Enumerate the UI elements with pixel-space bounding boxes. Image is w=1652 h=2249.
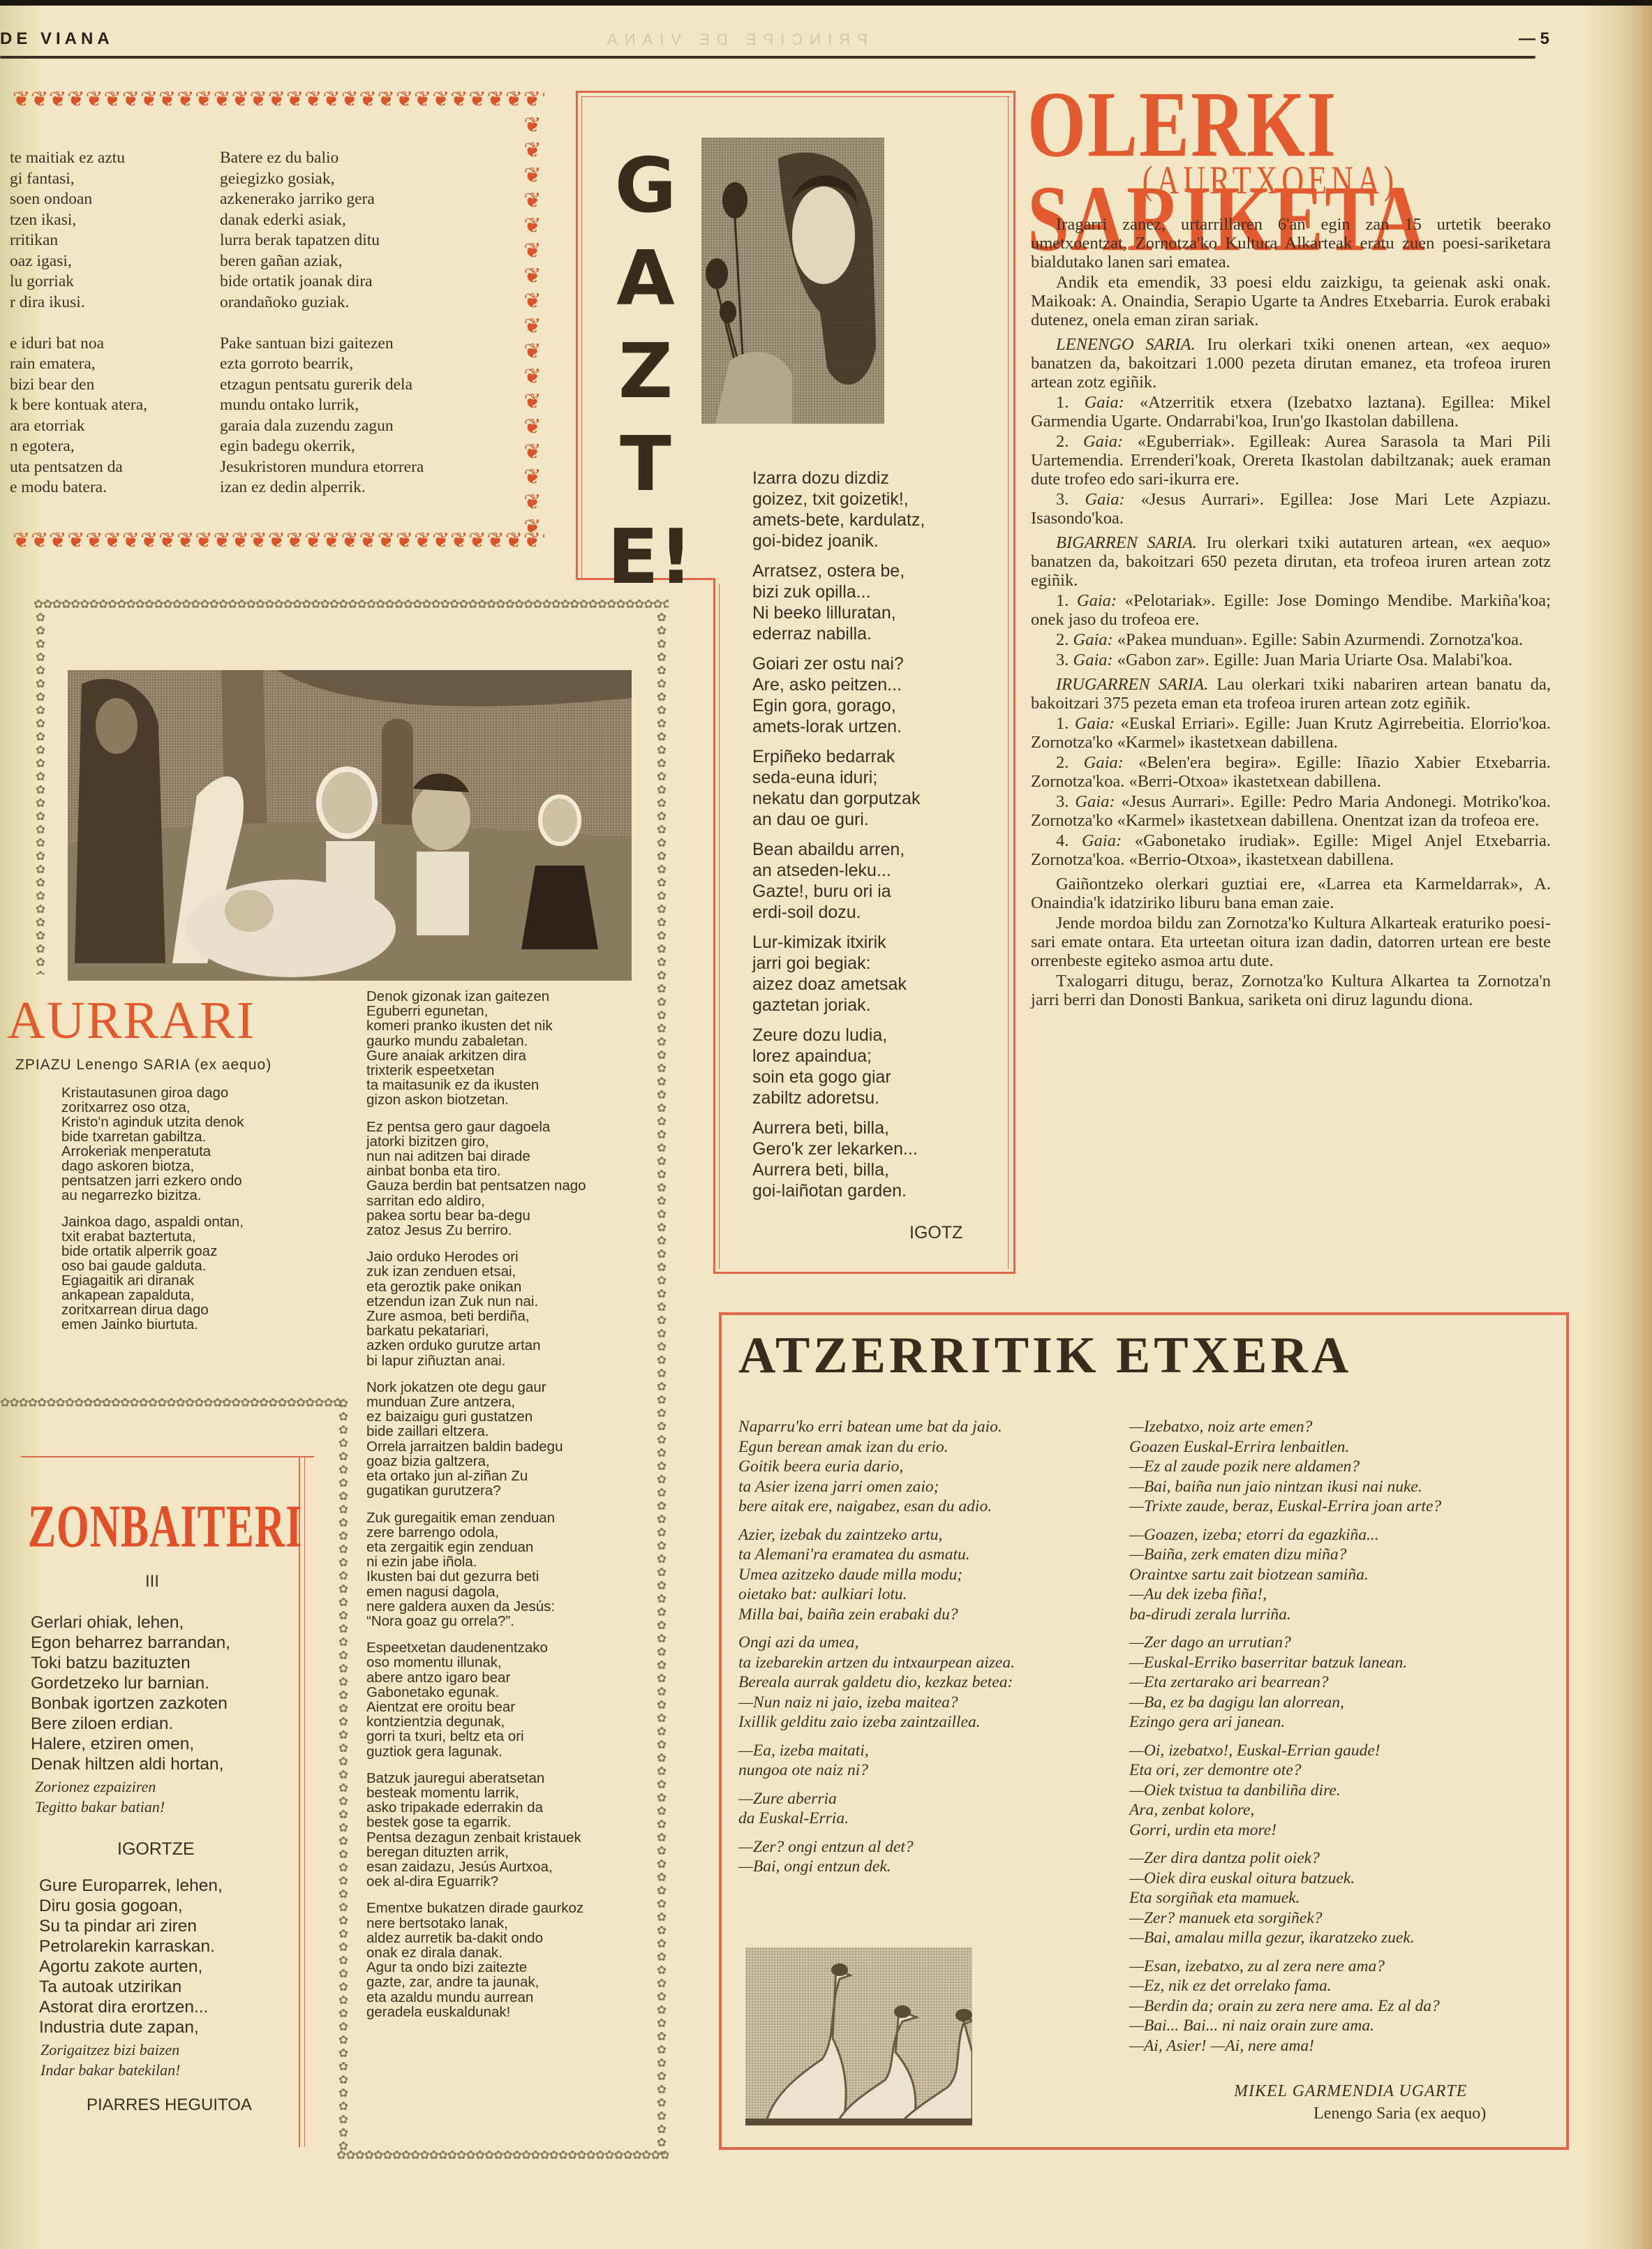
stanza: Denok gizonak izan gaitezen Eguberri egu… [366,989,586,1108]
flower-ornament-icon: ✿✿✿✿✿✿✿✿✿✿✿✿✿✿✿✿✿✿✿✿✿✿✿✿✿✿✿✿✿✿✿✿✿✿✿✿✿✿✿✿… [34,599,669,611]
stanza: —Zure aberria da Euskal-Erria. [738,1789,1015,1829]
zonbaiteri-stanza: Gerlari ohiak, lehen, Egon beharrez barr… [31,1612,230,1774]
olerki-article: Iragarri zanez, urtarrillaren 6'an egin … [1031,215,1551,1011]
stanza: —Oi, izebatxo!, Euskal-Errian gaude! Eta… [1129,1741,1441,1841]
zonbaiteri-stanza-italic: Zorigaitzez bizi baizen Indar bakar bate… [40,2040,180,2080]
flower-ornament-icon: ✿✿✿✿✿✿✿✿✿✿✿✿✿✿✿✿✿✿✿✿✿✿✿✿✿✿✿✿✿ [34,611,47,974]
gazte-poem: Izarra dozu dizdiz goizez, txit goizetik… [752,468,925,1201]
atzerritik-title: ATZERRITIK ETXERA [738,1330,1352,1381]
article-paragraph: BIGARREN SARIA. Iru olerkari txiki autat… [1031,533,1551,590]
stanza: Zuk guregaitik eman zenduan zere barreng… [366,1511,586,1629]
article-paragraph: 2. Gaia: «Belen'era begira». Egille: Iña… [1031,753,1551,791]
scan-top-edge [0,0,1652,6]
article-paragraph: Andik eta emendik, 33 poesi eldu zaizkig… [1031,273,1551,329]
zonbaiteri-title: ZONBAITERI [28,1496,302,1557]
stanza: Ez pentsa gero gaur dagoela jatorki bizi… [366,1120,586,1238]
page-edge-shadow [1582,0,1652,2249]
stanza: Espeetxetan daudenentzako oso momentu il… [366,1640,586,1759]
poem-column-left: te maitiak ez aztu gi fantasi, soen ondo… [10,148,147,498]
article-paragraph: 3. Gaia: «Jesus Aurrari». Egille: Pedro … [1031,792,1551,830]
stanza: —Zer? ongi entzun al det? —Bai, ongi ent… [738,1837,1015,1877]
article-paragraph: Iragarri zanez, urtarrillaren 6'an egin … [1031,215,1551,272]
aurrari-poem-right: Denok gizonak izan gaitezen Eguberri egu… [366,989,586,2019]
aurrari-title: AURRARI [7,994,255,1047]
article-paragraph: 1. Gaia: «Pelotariak». Egille: Jose Domi… [1031,591,1551,629]
zonbaiteri-subheading: IGORTZE [117,1839,195,1860]
zonbaiteri-stanza-italic: Zorionez ezpaiziren Tegitto bakar batian… [35,1776,165,1817]
stanza: Ementxe bukatzen dirade gaurkoz nere ber… [366,1901,586,2019]
aurrari-author-line: ZPIAZU Lenengo SARIA (ex aequo) [15,1057,271,1074]
title-letter: T [607,418,684,511]
aurrari-poem-left: Kristautasunen giroa dago zoritxarrez os… [61,1085,244,1332]
stanza: Nork jokatzen ote degu gaur munduan Zure… [366,1380,586,1499]
stanza: Aurrera beti, billa, Gero'k zer lekarken… [752,1118,925,1201]
header-rule [0,56,1535,59]
stanza: —Goazen, izeba; etorri da egazkiña... —B… [1129,1525,1441,1625]
gazte-title: G A Z T E! [607,140,684,604]
leaf-ornament-icon: ❦❦❦❦❦❦❦❦❦❦❦❦❦❦❦❦❦❦❦❦❦❦❦❦❦❦❦❦❦❦❦❦❦❦❦ [13,530,544,551]
title-letter: Z [607,325,684,418]
atzerritik-poem-right: —Izebatxo, noiz arte emen? Goazen Euskal… [1129,1417,1441,2056]
stanza: Batzuk jauregui aberatsetan besteak mome… [366,1771,586,1890]
page-header: DE VIANA PRINCIPE DE VIANA — 5 [0,28,1584,56]
page-number: — 5 [1519,29,1549,49]
article-paragraph: Jende mordoa bildu zan Zornotza'ko Kultu… [1031,914,1551,970]
stanza: Ongi azi da umea, ta izebarekin artzen d… [738,1633,1015,1732]
flower-ornament-icon: ✿✿✿✿✿✿✿✿✿✿✿✿✿✿✿✿✿✿✿✿✿✿✿✿✿✿✿✿✿✿✿✿✿✿✿✿✿✿ [336,2150,669,2162]
flower-ornament-icon: ✿✿✿✿✿✿✿✿✿✿✿✿✿✿✿✿✿✿✿✿✿✿✿✿✿✿✿✿✿✿✿✿✿✿✿✿✿✿✿✿… [655,611,669,2154]
publication-title: DE VIANA [0,29,114,49]
geese-photo [745,1947,972,2125]
leaf-ornament-icon: ❦❦❦❦❦❦❦❦❦❦❦❦❦❦❦❦❦❦❦❦❦❦❦❦❦❦❦❦❦❦❦❦❦❦❦ [13,89,544,110]
article-paragraph: 3. Gaia: «Jesus Aurrari». Egillea: Jose … [1031,490,1551,528]
stanza: Naparru'ko erri batean ume bat da jaio. … [738,1417,1015,1517]
stanza: Zeure dozu ludia, lorez apaindua; soin e… [752,1025,925,1108]
article-paragraph: Gaiñontzeko olerkari guztiai ere, «Larre… [1031,875,1551,912]
article-paragraph: 2. Gaia: «Pakea munduan». Egille: Sabin … [1031,630,1551,649]
gazte-author: IGOTZ [909,1223,962,1243]
article-paragraph: IRUGARREN SARIA. Lau olerkari txiki naba… [1031,675,1551,713]
stanza: Kristautasunen giroa dago zoritxarrez os… [61,1085,244,1203]
poem-column-right: Batere ez du balio geiegizko gosiak, azk… [220,148,424,498]
stanza: —Zer dago an urrutian? —Euskal-Erriko ba… [1129,1633,1441,1732]
zonbaiteri-stanza: Gure Europarrek, lehen, Diru gosia gogoa… [39,1876,223,2038]
flower-ornament-icon: ✿✿✿✿✿✿✿✿✿✿✿✿✿✿✿✿✿✿✿✿✿✿✿✿✿✿✿✿✿✿✿✿✿✿✿✿✿✿✿✿… [336,1397,350,2155]
atzerritik-poem-left: Naparru'ko erri batean ume bat da jaio. … [738,1417,1015,1877]
title-letter: E! [607,511,684,604]
show-through-text: PRINCIPE DE VIANA [600,31,868,49]
stanza: Izarra dozu dizdiz goizez, txit goizetik… [752,468,925,551]
stanza: —Ea, izeba maitati, nungoa ote naiz ni? [738,1741,1015,1781]
stanza: Lur-kimizak itxirik jarri goi begiak: ai… [752,932,925,1016]
section-number: III [145,1572,159,1591]
stanza: Jaio orduko Herodes ori zuk izan zenduen… [366,1249,586,1368]
article-paragraph: 3. Gaia: «Gabon zar». Egille: Juan Maria… [1031,651,1551,669]
article-paragraph: Txalogarri ditugu, beraz, Zornotza'ko Ku… [1031,972,1551,1009]
title-letter: G [607,140,684,232]
stanza: —Izebatxo, noiz arte emen? Goazen Euskal… [1129,1417,1441,1517]
atzerritik-prize: Lenengo Saria (ex aequo) [1314,2104,1486,2125]
stanza: Goiari zer ostu nai? Are, asko peitzen..… [752,653,925,737]
stanza: Jainkoa dago, aspaldi ontan, txit erabat… [61,1215,244,1332]
stanza: Azier, izebak du zaintzeko artu, ta Alem… [738,1525,1015,1625]
leaf-ornament-icon: ❦ ❦ ❦ ❦ ❦ ❦ ❦ ❦ ❦ ❦ ❦ ❦ ❦ ❦ ❦ ❦ ❦ [520,113,545,532]
olerki-subtitle: (AURTXOENA) [1131,157,1410,203]
title-letter: A [607,232,684,325]
stanza: —Esan, izebatxo, zu al zera nere ama? —E… [1129,1957,1441,2056]
article-paragraph: 1. Gaia: «Euskal Erriari». Egille: Juan … [1031,714,1551,752]
article-paragraph: 2. Gaia: «Eguberriak». Egilleak: Aurea S… [1031,432,1551,489]
girl-with-thistles-photo [701,138,884,424]
nativity-scene-photo [68,670,632,981]
article-paragraph: LENENGO SARIA. Iru olerkari txiki onenen… [1031,335,1551,392]
stanza: —Zer dira dantza polit oiek? —Oiek dira … [1129,1848,1441,1948]
flower-ornament-icon: ✿✿✿✿✿✿✿✿✿✿✿✿✿✿✿✿✿✿✿✿✿✿✿✿✿✿✿✿✿✿✿✿✿✿✿✿✿✿✿✿ [0,1397,342,1409]
stanza: Arratsez, ostera be, bizi zuk opilla... … [752,561,925,644]
atzerritik-author: MIKEL GARMENDIA UGARTE [1234,2081,1467,2102]
article-paragraph: 4. Gaia: «Gabonetako irudiak». Egille: M… [1031,831,1551,869]
zonbaiteri-author: PIARRES HEGUITOA [87,2095,252,2115]
article-paragraph: 1. Gaia: «Atzerritik etxera (Izebatxo la… [1031,393,1551,431]
stanza: Erpiñeko bedarrak seda-euna iduri; nekat… [752,746,925,830]
stanza: Bean abaildu arren, an atseden-leku... G… [752,839,925,923]
